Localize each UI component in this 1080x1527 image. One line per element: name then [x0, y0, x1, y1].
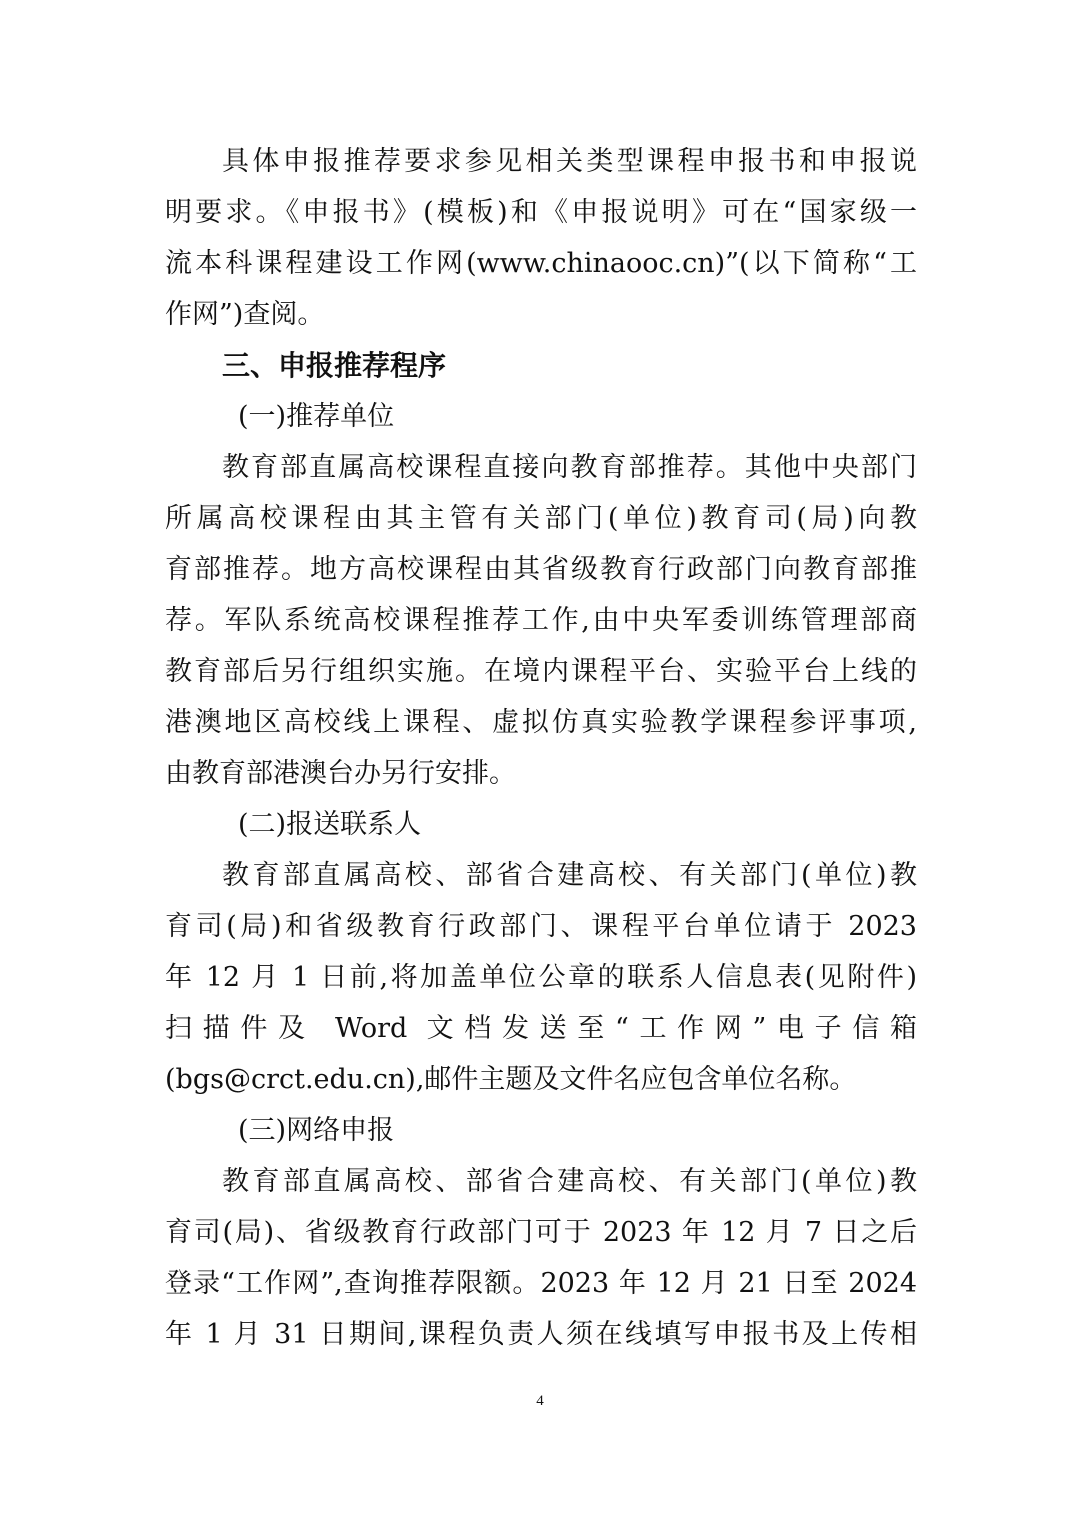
paragraph-line: 育司(局)和省级教育行政部门、课程平台单位请于 2023: [165, 901, 917, 952]
page-number: 4: [0, 1393, 1080, 1410]
paragraph-line: 明要求。《申报书》(模板)和《申报说明》可在“国家级一: [165, 187, 917, 238]
paragraph-line: 育司(局)、省级教育行政部门可于 2023 年 12 月 7 日之后: [165, 1207, 917, 1258]
subsection-heading: (二)报送联系人: [238, 799, 990, 850]
paragraph-line: (bgs@crct.edu.cn),邮件主题及文件名应包含单位名称。: [165, 1054, 917, 1105]
subsection-heading: (一)推荐单位: [238, 391, 990, 442]
paragraph-line: 所属高校课程由其主管有关部门(单位)教育司(局)向教: [165, 493, 917, 544]
paragraph-line: 教育部直属高校、部省合建高校、有关部门(单位)教: [222, 850, 917, 901]
paragraph-line: 流本科课程建设工作网(www.chinaooc.cn)”(以下简称“工: [165, 238, 917, 289]
paragraph-line: 港澳地区高校线上课程、虚拟仿真实验教学课程参评事项,: [165, 697, 917, 748]
paragraph-line: 年 1 月 31 日期间,课程负责人须在线填写申报书及上传相: [165, 1309, 917, 1360]
document-page: 具体申报推荐要求参见相关类型课程申报书和申报说 明要求。《申报书》(模板)和《申…: [0, 0, 1080, 1527]
paragraph-line: 登录“工作网”,查询推荐限额。2023 年 12 月 21 日至 2024: [165, 1258, 917, 1309]
paragraph-line: 具体申报推荐要求参见相关类型课程申报书和申报说: [222, 136, 917, 187]
paragraph-line: 年 12 月 1 日前,将加盖单位公章的联系人信息表(见附件): [165, 952, 917, 1003]
section-heading: 三、申报推荐程序: [222, 340, 974, 391]
paragraph-line: 由教育部港澳台办另行安排。: [165, 748, 917, 799]
paragraph-line: 教育部直属高校、部省合建高校、有关部门(单位)教: [222, 1156, 917, 1207]
paragraph-line: 育部推荐。地方高校课程由其省级教育行政部门向教育部推: [165, 544, 917, 595]
paragraph-line: 作网”)查阅。: [165, 289, 917, 340]
paragraph-line: 扫描件及 Word 文档发送至“工作网”电子信箱: [165, 1003, 917, 1054]
paragraph-line: 荐。军队系统高校课程推荐工作,由中央军委训练管理部商: [165, 595, 917, 646]
paragraph-line: 教育部后另行组织实施。在境内课程平台、实验平台上线的: [165, 646, 917, 697]
subsection-heading: (三)网络申报: [238, 1105, 990, 1156]
paragraph-line: 教育部直属高校课程直接向教育部推荐。其他中央部门: [222, 442, 917, 493]
